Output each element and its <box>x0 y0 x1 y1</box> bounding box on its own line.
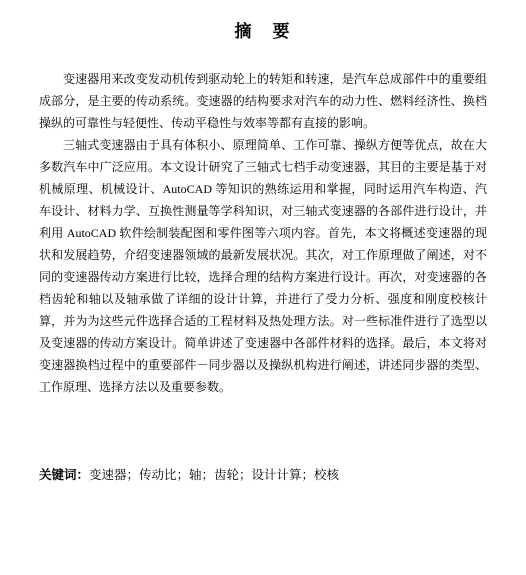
keywords-label: 关键词： <box>39 468 89 482</box>
page-title: 摘 要 <box>0 0 526 41</box>
abstract-paragraph: 变速器用来改变发动机传到驱动轮上的转矩和转速，是汽车总成部件中的重要组成部分，是… <box>39 68 487 134</box>
abstract-paragraph: 三轴式变速器由于具有体积小、原理简单、工作可靠、操纵方便等优点，故在大多数汽车中… <box>39 134 487 398</box>
abstract-page: 摘 要 变速器用来改变发动机传到驱动轮上的转矩和转速，是汽车总成部件中的重要组成… <box>0 0 526 575</box>
keywords-text: 变速器；传动比；轴；齿轮；设计计算；校核 <box>89 468 339 482</box>
abstract-body: 变速器用来改变发动机传到驱动轮上的转矩和转速，是汽车总成部件中的重要组成部分，是… <box>39 68 487 398</box>
keywords-line: 关键词：变速器；传动比；轴；齿轮；设计计算；校核 <box>39 466 487 484</box>
